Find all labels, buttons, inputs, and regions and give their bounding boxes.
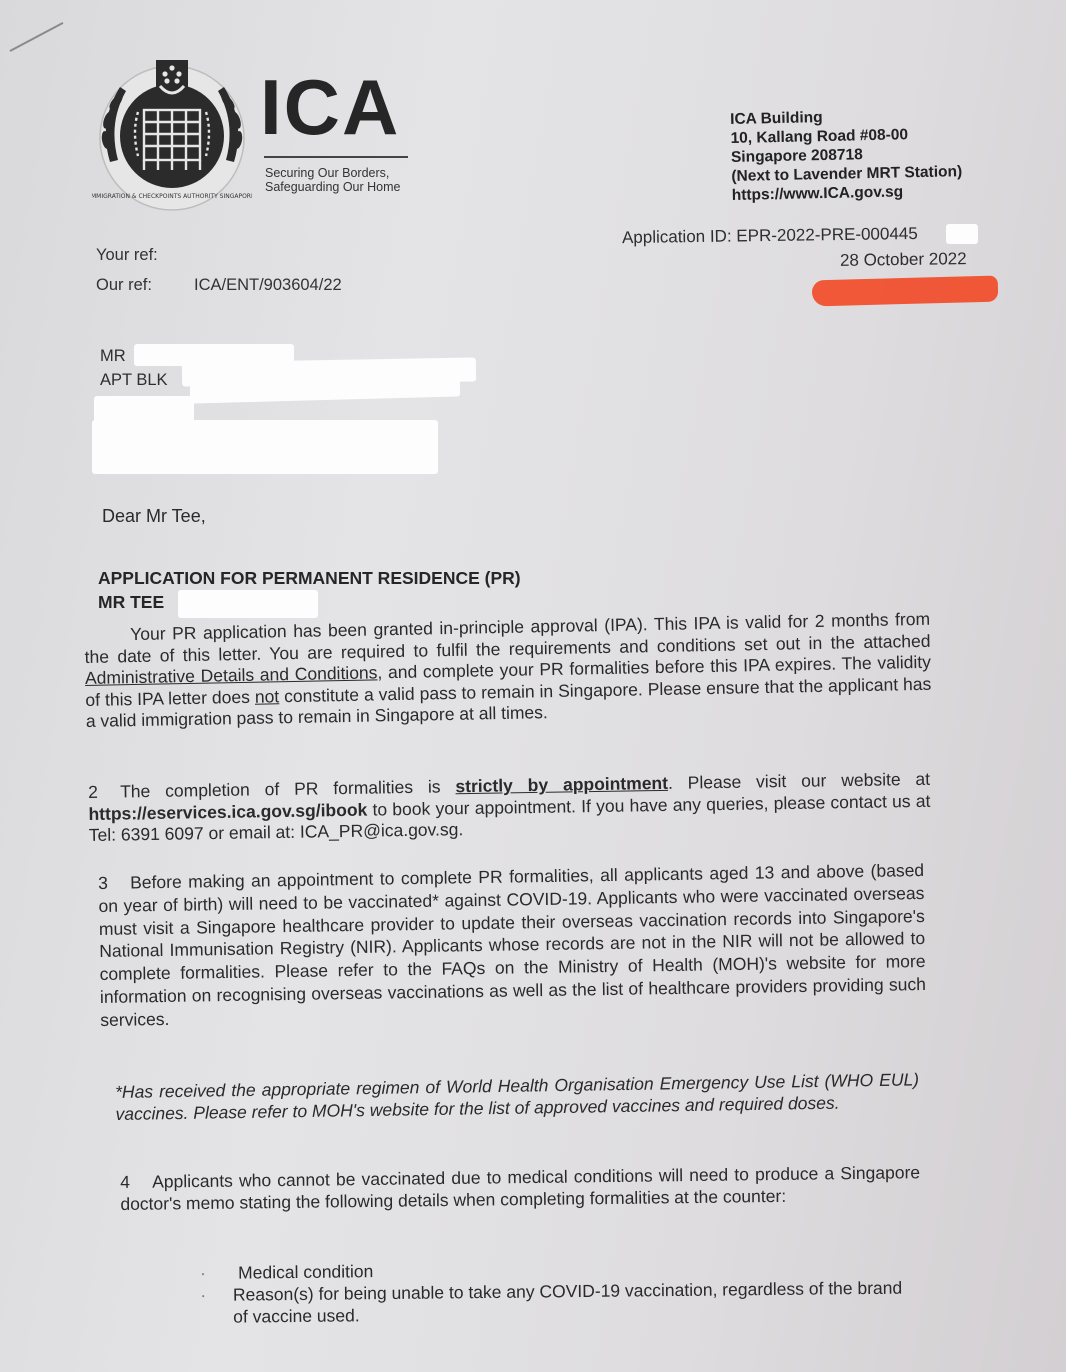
paragraph-1: Your PR application has been granted in-… bbox=[84, 609, 932, 733]
sender-address: ICA Building 10, Kallang Road #08-00 Sin… bbox=[730, 105, 963, 205]
redaction-bar bbox=[946, 224, 978, 244]
logo-tagline: Securing Our Borders, Safeguarding Our H… bbox=[265, 166, 401, 194]
letter-page: IMMIGRATION & CHECKPOINTS AUTHORITY SING… bbox=[0, 0, 1066, 1372]
vaccination-footnote: *Has received the appropriate regimen of… bbox=[115, 1069, 920, 1125]
paragraph-2: 2The completion of PR formalities is str… bbox=[88, 769, 931, 847]
paragraph-4: 4Applicants who cannot be vaccinated due… bbox=[120, 1162, 920, 1215]
your-ref-label: Your ref: bbox=[96, 240, 194, 270]
redaction-bar bbox=[178, 590, 318, 618]
reference-block: Your ref: Our ref:ICA/ENT/903604/22 bbox=[96, 240, 342, 300]
list-item: ·Reason(s) for being unable to take any … bbox=[200, 1276, 920, 1328]
bullet-icon: · bbox=[200, 1284, 233, 1328]
salutation: Dear Mr Tee, bbox=[102, 506, 206, 527]
paragraph-3: 3Before making an appointment to complet… bbox=[98, 859, 926, 1032]
our-ref-value: ICA/ENT/903604/22 bbox=[194, 270, 342, 300]
application-id: Application ID: EPR-2022-PRE-000445 bbox=[622, 224, 918, 248]
letter-date: 28 October 2022 bbox=[840, 249, 967, 271]
svg-text:IMMIGRATION & CHECKPOINTS AUTH: IMMIGRATION & CHECKPOINTS AUTHORITY SING… bbox=[92, 193, 252, 200]
redaction-bar bbox=[92, 420, 438, 474]
red-highlight-mark bbox=[812, 276, 999, 307]
pen-mark bbox=[10, 22, 64, 52]
our-ref-label: Our ref: bbox=[96, 270, 194, 300]
ica-crest-icon: IMMIGRATION & CHECKPOINTS AUTHORITY SING… bbox=[92, 52, 252, 212]
logo-divider bbox=[264, 156, 408, 158]
memo-requirements-list: ·Medical condition ·Reason(s) for being … bbox=[200, 1254, 921, 1328]
bullet-icon: · bbox=[200, 1262, 238, 1284]
ica-logo-wordmark: ICA bbox=[260, 68, 400, 146]
website-link[interactable]: https://www.ICA.gov.sg bbox=[732, 181, 963, 205]
ibook-link[interactable]: https://eservices.ica.gov.sg/ibook bbox=[88, 799, 367, 823]
